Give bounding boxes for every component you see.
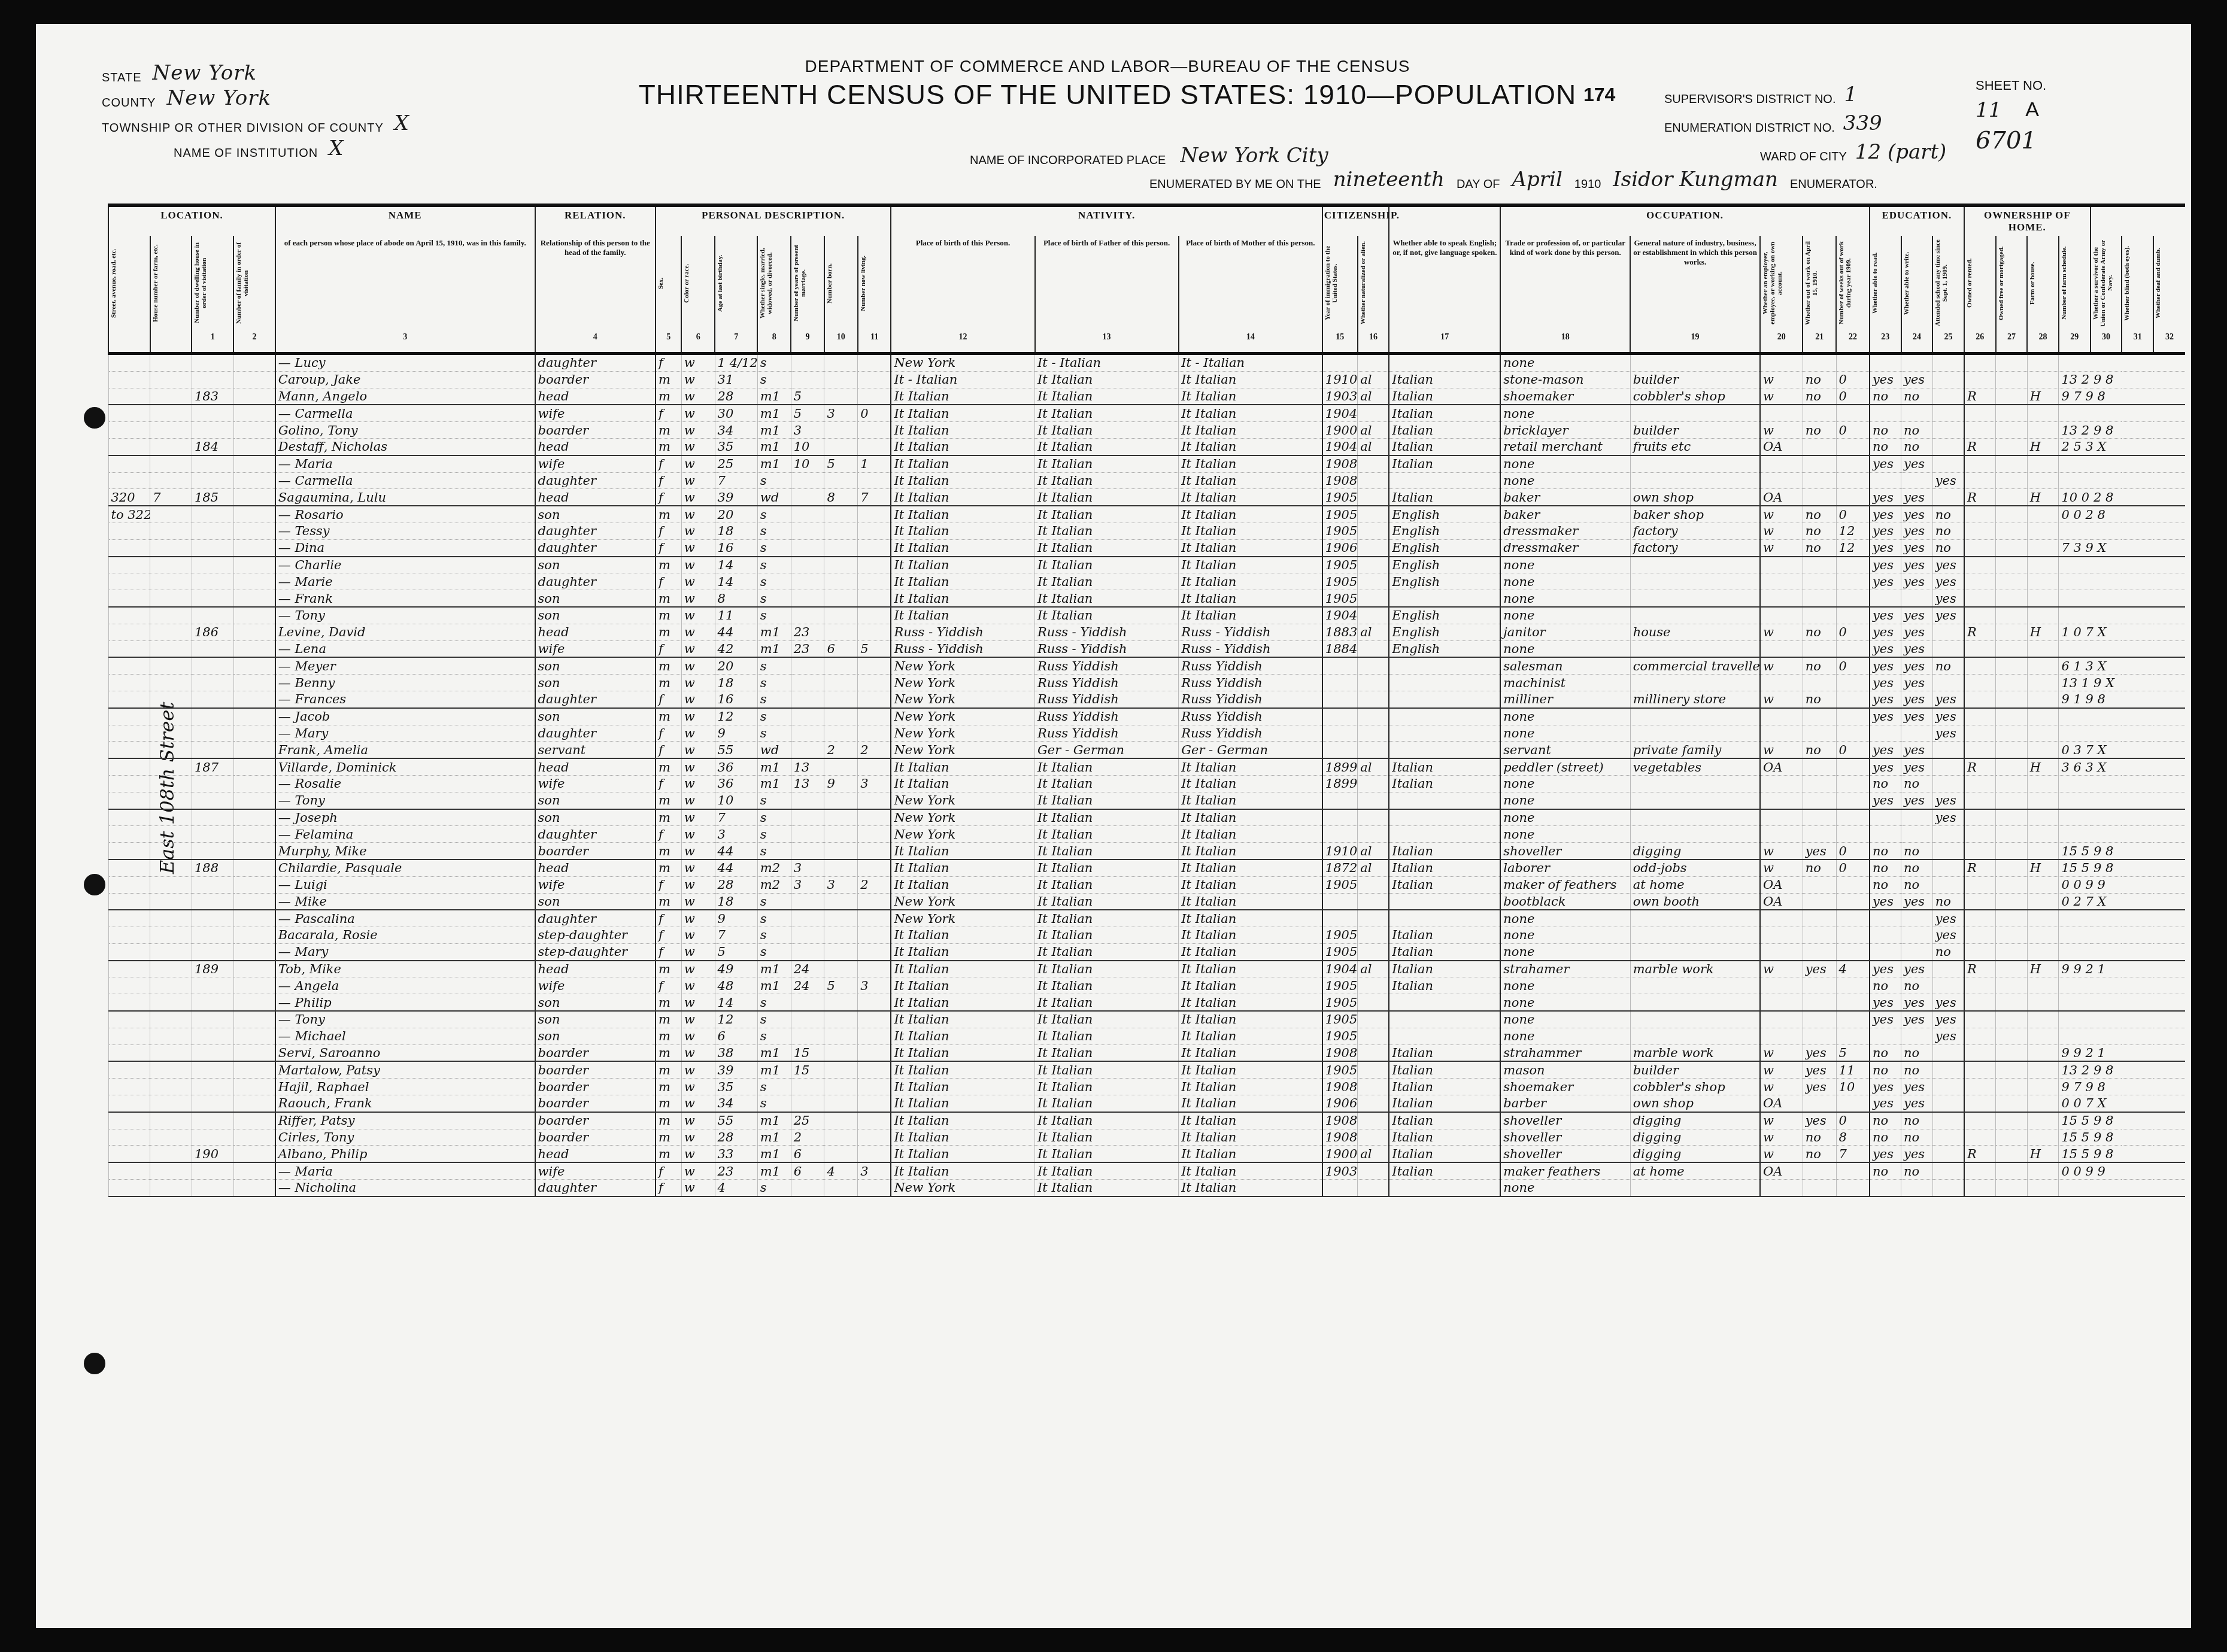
cell-own — [1964, 1112, 1996, 1129]
cell-imm: 1905 — [1322, 1011, 1358, 1028]
cell-fh — [2027, 792, 2059, 809]
cell-dw — [150, 994, 192, 1011]
cell-sex: m — [656, 675, 681, 691]
cell-bpf: It Italian — [1035, 860, 1179, 876]
cell-house — [108, 876, 150, 893]
table-row: Golino, Tonyboardermw34m13It ItalianIt I… — [108, 422, 2185, 439]
cell-own — [1964, 506, 1996, 523]
cell-dw — [150, 539, 192, 556]
cell-oow — [1803, 943, 1836, 960]
cell-own: R — [1964, 860, 1996, 876]
cell-bpm: It Italian — [1179, 371, 1322, 388]
cell-name: — Tony — [275, 1011, 535, 1028]
cell-dw — [150, 523, 192, 539]
cell-yrs — [791, 927, 824, 944]
cell-race: w — [681, 893, 715, 910]
cell-occ: stone-mason — [1500, 371, 1630, 388]
cell-ind — [1630, 1028, 1760, 1044]
cell-bpm: It - Italian — [1179, 354, 1322, 372]
cell-living — [858, 523, 891, 539]
cell-bpf: Russ Yiddish — [1035, 691, 1179, 707]
cell-name: — Jacob — [275, 708, 535, 725]
cell-fh — [2027, 472, 2059, 489]
cell-lang: Italian — [1389, 1061, 1500, 1078]
table-row: Cirles, Tonyboardermw28m12It ItalianIt I… — [108, 1129, 2185, 1146]
cell-lang — [1389, 708, 1500, 725]
cell-wks: 10 — [1836, 1079, 1870, 1095]
cell-born — [824, 675, 858, 691]
column-number: 19 — [1630, 330, 1760, 354]
cell-write: no — [1901, 438, 1933, 455]
cell-sch: yes — [1932, 557, 1964, 573]
cell-name: Caroup, Jake — [275, 371, 535, 388]
cell-mort — [1996, 961, 2028, 977]
cell-born — [824, 573, 858, 590]
cell-yrs — [791, 557, 824, 573]
cell-nat — [1358, 607, 1389, 624]
cell-fh — [2027, 640, 2059, 657]
cell-born — [824, 388, 858, 405]
cell-ms: s — [757, 1079, 791, 1095]
cell-codes — [2059, 826, 2185, 843]
cell-fh — [2027, 1129, 2059, 1146]
cell-write: yes — [1901, 573, 1933, 590]
cell-mort — [1996, 388, 2028, 405]
cell-nat — [1358, 725, 1389, 742]
column-number: 29 — [2059, 330, 2091, 354]
cell-codes: 15 5 9 8 — [2059, 843, 2185, 860]
cell-ind — [1630, 1180, 1760, 1197]
cell-oow — [1803, 994, 1836, 1011]
cell-codes — [2059, 809, 2185, 826]
cell-lang: Italian — [1389, 843, 1500, 860]
cell-fh — [2027, 1061, 2059, 1078]
cell-born — [824, 893, 858, 910]
cell-born — [824, 1028, 858, 1044]
cell-ind — [1630, 557, 1760, 573]
column-number: 13 — [1035, 330, 1179, 354]
cell-house — [108, 1079, 150, 1095]
cell-fh — [2027, 405, 2059, 421]
cell-read: no — [1870, 422, 1901, 439]
cell-fam — [192, 1011, 233, 1028]
cell-sex: f — [656, 725, 681, 742]
cell-sex: m — [656, 1028, 681, 1044]
cell-born — [824, 371, 858, 388]
cell-nat — [1358, 640, 1389, 657]
cell-fh — [2027, 1162, 2059, 1179]
cell-write: yes — [1901, 708, 1933, 725]
cell-mort — [1996, 943, 2028, 960]
cell-oow — [1803, 590, 1836, 607]
cell-bpm: It Italian — [1179, 943, 1322, 960]
cell-bp: It Italian — [891, 775, 1034, 792]
cell-bpf: It Italian — [1035, 876, 1179, 893]
cell-mort — [1996, 557, 2028, 573]
incorporated-label: NAME OF INCORPORATED PLACE — [970, 154, 1166, 168]
cell-emp: w — [1760, 388, 1803, 405]
cell-yrs — [791, 1079, 824, 1095]
cell-race: w — [681, 438, 715, 455]
cell-living: 3 — [858, 775, 891, 792]
department-line: DEPARTMENT OF COMMERCE AND LABOR—BUREAU … — [623, 57, 1592, 76]
cell-oow — [1803, 758, 1836, 775]
cell-codes: 13 2 9 8 — [2059, 422, 2185, 439]
cell-empty — [233, 708, 275, 725]
cell-ms: s — [757, 927, 791, 944]
cell-oow: no — [1803, 523, 1836, 539]
cell-fam: 187 — [192, 758, 233, 775]
cell-yrs — [791, 590, 824, 607]
cell-write — [1901, 1028, 1933, 1044]
cell-bp: It Italian — [891, 607, 1034, 624]
cell-bpf: It Italian — [1035, 590, 1179, 607]
cell-age: 25 — [715, 455, 757, 472]
cell-wks — [1836, 557, 1870, 573]
cell-empty — [233, 775, 275, 792]
cell-wks — [1836, 775, 1870, 792]
cell-read: yes — [1870, 455, 1901, 472]
cell-sex: m — [656, 506, 681, 523]
cell-yrs: 3 — [791, 422, 824, 439]
cell-imm: 1908 — [1322, 1044, 1358, 1061]
cell-emp: w — [1760, 1044, 1803, 1061]
cell-wks — [1836, 725, 1870, 742]
cell-codes — [2059, 455, 2185, 472]
cell-fam — [192, 472, 233, 489]
cell-codes: 10 0 2 8 — [2059, 489, 2185, 506]
cell-born — [824, 1180, 858, 1197]
cell-oow — [1803, 489, 1836, 506]
cell-sex: f — [656, 455, 681, 472]
table-row: — Marystep-daughterfw5sIt ItalianIt Ital… — [108, 943, 2185, 960]
cell-race: w — [681, 1112, 715, 1129]
cell-fh: H — [2027, 388, 2059, 405]
cell-codes: 0 2 7 X — [2059, 893, 2185, 910]
cell-sch: yes — [1932, 691, 1964, 707]
cell-age: 18 — [715, 675, 757, 691]
group-ownership: OWNERSHIP OF HOME. — [1964, 207, 2091, 236]
cell-emp: OA — [1760, 876, 1803, 893]
cell-write: yes — [1901, 1095, 1933, 1112]
cell-own — [1964, 1079, 1996, 1095]
cell-living — [858, 961, 891, 977]
cell-race: w — [681, 1180, 715, 1197]
cell-occ: retail merchant — [1500, 438, 1630, 455]
cell-dw — [150, 1146, 192, 1162]
cell-emp: OA — [1760, 893, 1803, 910]
cell-emp — [1760, 1011, 1803, 1028]
cell-house — [108, 371, 150, 388]
cell-bp: It Italian — [891, 506, 1034, 523]
cell-name: — Angela — [275, 977, 535, 994]
col-label: Sex. — [656, 236, 681, 330]
cell-house — [108, 1146, 150, 1162]
cell-empty — [233, 1180, 275, 1197]
cell-emp: w — [1760, 1061, 1803, 1078]
census-table: LOCATION. NAME RELATION. PERSONAL DESCRI… — [108, 204, 2185, 1197]
cell-sch — [1932, 455, 1964, 472]
cell-lang: Italian — [1389, 961, 1500, 977]
cell-born — [824, 354, 858, 372]
cell-nat — [1358, 1044, 1389, 1061]
cell-living: 3 — [858, 977, 891, 994]
cell-race: w — [681, 1162, 715, 1179]
cell-occ: none — [1500, 1011, 1630, 1028]
cell-ms: m1 — [757, 775, 791, 792]
cell-bpm: It Italian — [1179, 539, 1322, 556]
cell-dw — [150, 893, 192, 910]
cell-emp — [1760, 675, 1803, 691]
cell-empty — [233, 927, 275, 944]
table-row: — Jacobsonmw12sNew YorkRuss YiddishRuss … — [108, 708, 2185, 725]
cell-fh — [2027, 809, 2059, 826]
cell-age: 20 — [715, 657, 757, 674]
column-number — [108, 330, 150, 354]
cell-write — [1901, 927, 1933, 944]
table-row: 186Levine, Davidheadmw44m123Russ - Yiddi… — [108, 624, 2185, 640]
cell-own: R — [1964, 1146, 1996, 1162]
cell-empty — [233, 876, 275, 893]
cell-sex: m — [656, 1129, 681, 1146]
cell-bpf: It Italian — [1035, 557, 1179, 573]
cell-occ: janitor — [1500, 624, 1630, 640]
cell-house — [108, 624, 150, 640]
cell-own — [1964, 809, 1996, 826]
cell-read: yes — [1870, 758, 1901, 775]
cell-imm: 1905 — [1322, 927, 1358, 944]
cell-fam — [192, 640, 233, 657]
cell-bp: It Italian — [891, 489, 1034, 506]
cell-fh — [2027, 455, 2059, 472]
cell-read: no — [1870, 977, 1901, 994]
cell-occ: none — [1500, 994, 1630, 1011]
cell-wks: 0 — [1836, 860, 1870, 876]
cell-house — [108, 910, 150, 927]
cell-fh: H — [2027, 758, 2059, 775]
cell-occ: dressmaker — [1500, 523, 1630, 539]
cell-bpf: It Italian — [1035, 1162, 1179, 1179]
cell-rel: head — [535, 1146, 656, 1162]
cell-imm: 1906 — [1322, 1095, 1358, 1112]
cell-occ: milliner — [1500, 691, 1630, 707]
cell-living — [858, 1095, 891, 1112]
cell-born: 2 — [824, 742, 858, 758]
cell-lang: Italian — [1389, 1112, 1500, 1129]
cell-fam: 190 — [192, 1146, 233, 1162]
cell-empty — [233, 388, 275, 405]
cell-wks: 0 — [1836, 388, 1870, 405]
cell-living — [858, 657, 891, 674]
ed-value: 339 — [1843, 111, 1882, 135]
cell-write: no — [1901, 1061, 1933, 1078]
cell-sch: no — [1932, 657, 1964, 674]
cell-nat — [1358, 675, 1389, 691]
table-row: 3207185Sagaumina, Luluheadfw39wd87It Ita… — [108, 489, 2185, 506]
cell-rel: boarder — [535, 1044, 656, 1061]
cell-emp: w — [1760, 1129, 1803, 1146]
cell-bp: It Italian — [891, 388, 1034, 405]
cell-ind — [1630, 607, 1760, 624]
cell-codes — [2059, 405, 2185, 421]
cell-yrs: 6 — [791, 1162, 824, 1179]
cell-rel: son — [535, 657, 656, 674]
cell-ms: s — [757, 675, 791, 691]
cell-living — [858, 1146, 891, 1162]
cell-codes — [2059, 472, 2185, 489]
column-number: 31 — [2122, 330, 2153, 354]
cell-ms: m1 — [757, 405, 791, 421]
cell-dw — [150, 472, 192, 489]
cell-oow — [1803, 1180, 1836, 1197]
cell-dw — [150, 1079, 192, 1095]
cell-bp: It Italian — [891, 843, 1034, 860]
cell-fam — [192, 607, 233, 624]
cell-read: yes — [1870, 607, 1901, 624]
cell-sch: yes — [1932, 792, 1964, 809]
cell-living — [858, 927, 891, 944]
cell-mort — [1996, 876, 2028, 893]
cell-sch — [1932, 489, 1964, 506]
cell-sex: m — [656, 809, 681, 826]
cell-read: yes — [1870, 1095, 1901, 1112]
cell-born — [824, 860, 858, 876]
column-number: 12 — [891, 330, 1034, 354]
cell-bp: It Italian — [891, 539, 1034, 556]
cell-race: w — [681, 388, 715, 405]
cell-bp: It Italian — [891, 405, 1034, 421]
cell-race: w — [681, 1095, 715, 1112]
cell-imm: 1908 — [1322, 472, 1358, 489]
cell-house — [108, 708, 150, 725]
cell-rel: boarder — [535, 1079, 656, 1095]
cell-write: no — [1901, 1129, 1933, 1146]
cell-oow — [1803, 792, 1836, 809]
cell-occ: none — [1500, 775, 1630, 792]
cell-sex: m — [656, 624, 681, 640]
cell-name: Raouch, Frank — [275, 1095, 535, 1112]
cell-own — [1964, 455, 1996, 472]
column-number: 30 — [2091, 330, 2122, 354]
cell-ms: m1 — [757, 438, 791, 455]
col-label: Whether able to speak English; or, if no… — [1389, 236, 1500, 330]
cell-fh — [2027, 1011, 2059, 1028]
cell-imm: 1905 — [1322, 557, 1358, 573]
column-number: 28 — [2027, 330, 2059, 354]
cell-wks — [1836, 590, 1870, 607]
cell-write — [1901, 405, 1933, 421]
cell-oow: no — [1803, 1129, 1836, 1146]
cell-house — [108, 1044, 150, 1061]
cell-bp: New York — [891, 675, 1034, 691]
cell-yrs: 23 — [791, 640, 824, 657]
cell-occ: none — [1500, 943, 1630, 960]
table-row: — Philipsonmw14sIt ItalianIt ItalianIt I… — [108, 994, 2185, 1011]
cell-house — [108, 1011, 150, 1028]
cell-occ: baker — [1500, 489, 1630, 506]
cell-oow — [1803, 354, 1836, 372]
cell-born — [824, 1129, 858, 1146]
cell-oow — [1803, 675, 1836, 691]
cell-mort — [1996, 1079, 2028, 1095]
cell-fam — [192, 691, 233, 707]
cell-rel: boarder — [535, 1112, 656, 1129]
cell-mort — [1996, 1112, 2028, 1129]
cell-living: 0 — [858, 405, 891, 421]
cell-imm: 1908 — [1322, 455, 1358, 472]
institution-value: X — [329, 136, 344, 160]
cell-oow: yes — [1803, 1079, 1836, 1095]
group-location: LOCATION. — [108, 207, 275, 236]
cell-mort — [1996, 624, 2028, 640]
cell-race: w — [681, 1028, 715, 1044]
column-number: 25 — [1932, 330, 1964, 354]
cell-born — [824, 1011, 858, 1028]
cell-rel: head — [535, 860, 656, 876]
cell-empty — [233, 1095, 275, 1112]
cell-mort — [1996, 691, 2028, 707]
cell-house — [108, 405, 150, 421]
cell-wks — [1836, 876, 1870, 893]
cell-read: no — [1870, 1129, 1901, 1146]
cell-living — [858, 758, 891, 775]
cell-yrs — [791, 489, 824, 506]
cell-oow: no — [1803, 539, 1836, 556]
cell-ind — [1630, 826, 1760, 843]
sheet-number-block: SHEET NO. 11 A 6701 — [1976, 78, 2046, 154]
cell-living — [858, 506, 891, 523]
cell-dw — [150, 640, 192, 657]
cell-born — [824, 725, 858, 742]
cell-name: — Maria — [275, 1162, 535, 1179]
cell-fam — [192, 1061, 233, 1078]
cell-sex: m — [656, 792, 681, 809]
cell-occ: none — [1500, 725, 1630, 742]
cell-mort — [1996, 675, 2028, 691]
cell-bpm: It Italian — [1179, 860, 1322, 876]
cell-imm: 1905 — [1322, 590, 1358, 607]
cell-bpm: It Italian — [1179, 1095, 1322, 1112]
cell-bp: It - Italian — [891, 371, 1034, 388]
cell-name: — Philip — [275, 994, 535, 1011]
cell-emp: w — [1760, 624, 1803, 640]
cell-bp: It Italian — [891, 422, 1034, 439]
cell-born — [824, 910, 858, 927]
cell-living — [858, 1011, 891, 1028]
cell-mort — [1996, 927, 2028, 944]
cell-empty — [233, 943, 275, 960]
cell-ms: m1 — [757, 977, 791, 994]
cell-bp: It Italian — [891, 1112, 1034, 1129]
column-number: 15 — [1322, 330, 1358, 354]
cell-mort — [1996, 1044, 2028, 1061]
supervisor-label: SUPERVISOR'S DISTRICT NO. — [1664, 93, 1835, 107]
cell-wks — [1836, 927, 1870, 944]
cell-empty — [233, 1061, 275, 1078]
cell-mort — [1996, 977, 2028, 994]
table-row: — Charliesonmw14sIt ItalianIt ItalianIt … — [108, 557, 2185, 573]
cell-empty — [233, 371, 275, 388]
cell-lang: English — [1389, 624, 1500, 640]
cell-sex: m — [656, 843, 681, 860]
cell-born: 4 — [824, 1162, 858, 1179]
cell-read: no — [1870, 1061, 1901, 1078]
table-row: 190Albano, Philipheadmw33m16It ItalianIt… — [108, 1146, 2185, 1162]
cell-sch — [1932, 1095, 1964, 1112]
cell-ms: m1 — [757, 1129, 791, 1146]
cell-fam — [192, 893, 233, 910]
cell-nat — [1358, 523, 1389, 539]
